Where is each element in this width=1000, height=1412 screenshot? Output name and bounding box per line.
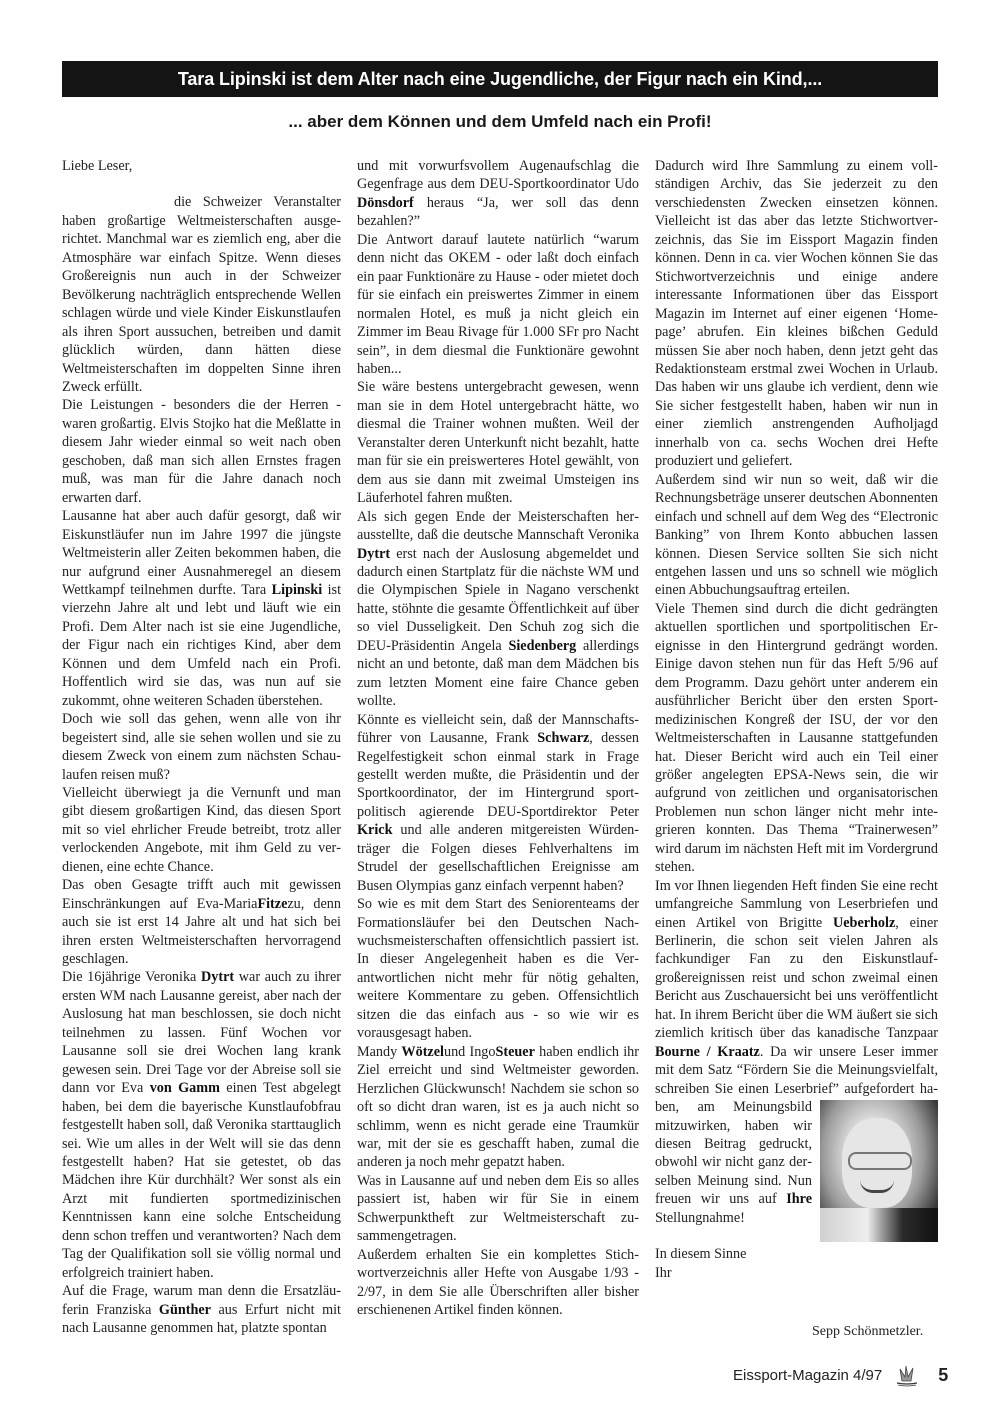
text-run: und Ingo (444, 1044, 496, 1060)
paragraph: Vielleicht überwiegt ja die Vernunft und… (62, 784, 341, 876)
paragraph: Außerdem sind wir nun so weit, daß wir d… (655, 471, 938, 600)
paragraph: Die Antwort darauf lautete natürlich “wa… (357, 231, 639, 379)
text-run: ist vierzehn Jahre alt und lebt und läuf… (62, 582, 341, 709)
author-signature: Sepp Schönmetzler. (812, 1324, 923, 1340)
paragraph: Lausanne hat aber auch dafür gesorgt, da… (62, 507, 341, 710)
bold-name: Dytrt (357, 546, 390, 562)
bold-name: Lipinski (272, 582, 322, 598)
paragraph: Die 16jährige Veronika Dytrt war auch zu… (62, 968, 341, 1282)
bold-name: Steuer (495, 1044, 534, 1060)
bold-name: Dönsdorf (357, 195, 414, 211)
author-photo (820, 1100, 938, 1242)
page-number: 5 (938, 1365, 948, 1386)
salutation: Liebe Leser, (62, 157, 341, 175)
bold-name: Fitze (257, 896, 287, 912)
bold-name: Dytrt (201, 969, 234, 985)
bold-name: Günther (159, 1302, 211, 1318)
letter-column-2: und mit vorwurfsvollem Augenaufschlag di… (357, 157, 639, 1320)
page-footer: Eissport-Magazin 4/97 5 (733, 1363, 963, 1387)
paragraph: Im vor Ihnen liegenden Heft finden Sie e… (655, 877, 938, 1228)
paragraph: Könnte es vielleicht sein, daß der Manns… (357, 711, 639, 896)
bold-name: Wötzel (401, 1044, 444, 1060)
bold-name: von Gamm (150, 1080, 220, 1096)
bold-name: Schwarz (537, 730, 589, 746)
paragraph: Als sich gegen Ende der Meisterschaften … (357, 508, 639, 711)
skate-wing-logo-icon (894, 1363, 920, 1387)
paragraph: So wie es mit dem Start des Seniorenteam… (357, 895, 639, 1043)
paragraph: Was in Lausanne auf und neben dem Eis so… (357, 1172, 639, 1246)
closing-line: In diesem Sinne (655, 1245, 938, 1263)
magazine-page: Tara Lipinski ist dem Alter nach eine Ju… (0, 0, 1000, 1412)
text-run: war auch zu ihrer ersten WM nach Lausann… (62, 969, 341, 1096)
text-run: Mandy (357, 1044, 401, 1060)
letter-column-3: Dadurch wird Ihre Sammlung zu einem voll… (655, 157, 938, 1282)
paragraph: Doch wie soll das gehen, wenn alle von i… (62, 710, 341, 784)
text-run: haben endlich ihr Ziel erreicht und sind… (357, 1044, 639, 1171)
bold-name: Bourne / Kraatz (655, 1044, 760, 1060)
paragraph: Auf die Frage, warum man denn die Ersatz… (62, 1282, 341, 1337)
text-run: und mit vorwurfsvollem Augenaufschlag di… (357, 158, 639, 192)
subheadline: ... aber dem Können und dem Umfeld nach … (62, 112, 938, 132)
headline-text: Tara Lipinski ist dem Alter nach eine Ju… (178, 69, 822, 90)
paragraph: Das oben Gesagte trifft auch mit gewisse… (62, 876, 341, 968)
text-run: Als sich gegen Ende der Meisterschaften … (357, 509, 639, 543)
text-run: und alle anderen mitgereisten Würden­trä… (357, 822, 639, 893)
paragraph: die Schweizer Veranstalter haben großart… (62, 193, 341, 396)
text-run: Die 16jährige Veronika (62, 969, 201, 985)
headline-banner: Tara Lipinski ist dem Alter nach eine Ju… (62, 61, 938, 97)
paragraph: und mit vorwurfsvollem Augenaufschlag di… (357, 157, 639, 231)
bold-name: Krick (357, 822, 392, 838)
paragraph: Sie wäre bestens untergebracht gewesen, … (357, 378, 639, 507)
text-run: einen Test abgelegt haben, bei dem die b… (62, 1080, 341, 1281)
text-run: , einer Berlinerin, die schon seit viele… (655, 915, 938, 1042)
paragraph: Dadurch wird Ihre Sammlung zu einem voll… (655, 157, 938, 471)
paragraph: Die Leistungen - besonders die der Herre… (62, 396, 341, 507)
paragraph: Viele Themen sind durch die dicht gedrän… (655, 600, 938, 877)
bold-word: Ihre (786, 1191, 812, 1207)
photo-body (820, 1208, 938, 1242)
closing-line: Ihr (655, 1264, 938, 1282)
magazine-issue: Eissport-Magazin 4/97 (733, 1367, 882, 1384)
bold-name: Siedenberg (508, 638, 576, 654)
letter-column-1: Liebe Leser, die Schweizer Veranstalter … (62, 157, 341, 1338)
text-run: Stellungnahme! (655, 1210, 745, 1226)
paragraph: Mandy Wötzelund IngoSteuer haben endlich… (357, 1043, 639, 1172)
bold-name: Ueberholz (833, 915, 895, 931)
paragraph: Außerdem erhalten Sie ein komplettes Sti… (357, 1246, 639, 1320)
photo-glasses (848, 1152, 912, 1170)
